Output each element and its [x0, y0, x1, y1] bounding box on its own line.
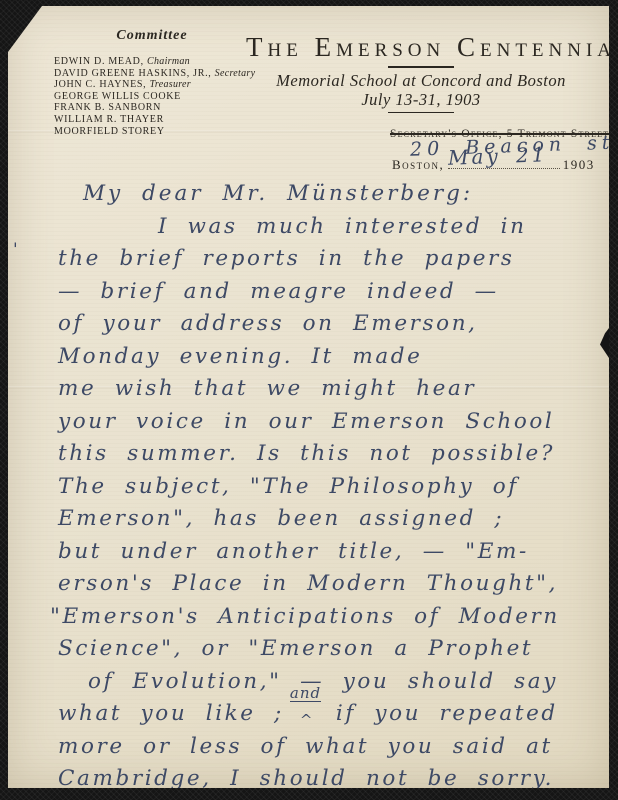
committee-title: Committee: [72, 28, 232, 44]
handwritten-line: Emerson", has been assigned ;: [58, 503, 601, 536]
handwritten-line: the brief reports in the papers: [58, 243, 601, 276]
handwritten-line: this summer. Is this not possible?: [58, 438, 601, 471]
dateline: Boston, May 21 1903: [392, 155, 595, 173]
stray-ink-mark: ': [13, 240, 18, 260]
masthead: The Emerson Centennial Memorial School a…: [246, 32, 596, 116]
handwritten-line: of your address on Emerson,: [58, 308, 601, 341]
committee-member: GEORGE WILLIS COOKE: [54, 91, 254, 103]
handwritten-line: I was much interested in: [58, 211, 601, 244]
line-segment: if you repeated: [336, 701, 558, 726]
committee-block: Committee EDWIN D. MEAD, Chairman DAVID …: [54, 28, 254, 137]
handwritten-line: but under another title, — "Em-: [58, 536, 601, 569]
handwritten-date: May 21: [447, 142, 547, 169]
handwritten-line: The subject, "The Philosophy of: [58, 471, 601, 504]
handwritten-line: more or less of what you said at: [58, 731, 601, 764]
dateline-year: 1903: [563, 157, 595, 172]
handwritten-line: erson's Place in Modern Thought",: [58, 568, 601, 601]
committee-list: EDWIN D. MEAD, Chairman DAVID GREENE HAS…: [54, 56, 254, 137]
paper-tear-notch: [600, 328, 609, 358]
inserted-word: and: [290, 686, 321, 702]
committee-member: EDWIN D. MEAD, Chairman: [54, 56, 254, 68]
dateline-city: Boston,: [392, 157, 444, 172]
insertion-mark: ^and: [284, 710, 336, 720]
divider-rule: [388, 66, 454, 68]
handwritten-line: your voice in our Emerson School: [58, 406, 601, 439]
masthead-subtitle: Memorial School at Concord and Boston: [246, 71, 596, 90]
committee-member: FRANK B. SANBORN: [54, 102, 254, 114]
photo-background: Committee EDWIN D. MEAD, Chairman DAVID …: [0, 0, 618, 800]
handwritten-line: Monday evening. It made: [58, 341, 601, 374]
committee-member: MOORFIELD STOREY: [54, 126, 254, 138]
caret-mark: ^: [300, 704, 315, 737]
handwritten-line: Cambridge, I should not be sorry.: [58, 763, 601, 796]
handwritten-line: of Evolution," — you should say: [58, 666, 601, 699]
divider-rule: [388, 112, 454, 114]
salutation: My dear Mr. Münsterberg:: [58, 178, 601, 211]
committee-member: DAVID GREENE HASKINS, JR., Secretary: [54, 68, 254, 80]
line-segment: what you like ;: [58, 701, 284, 726]
handwritten-line-with-insertion: what you like ;^andif you repeated: [58, 698, 601, 731]
organization-title: The Emerson Centennial: [246, 32, 596, 63]
handwritten-line: — brief and meagre indeed —: [58, 276, 601, 309]
letter-body: My dear Mr. Münsterberg: I was much inte…: [58, 178, 601, 796]
handwritten-line: "Emerson's Anticipations of Modern: [50, 601, 601, 634]
letter-page: Committee EDWIN D. MEAD, Chairman DAVID …: [8, 6, 609, 788]
committee-member: JOHN C. HAYNES, Treasurer: [54, 79, 254, 91]
date-fill-line: May 21: [448, 155, 560, 169]
masthead-dates: July 13-31, 1903: [246, 90, 596, 109]
handwritten-line: Science", or "Emerson a Prophet: [58, 633, 601, 666]
committee-member: WILLIAM R. THAYER: [54, 114, 254, 126]
handwritten-line: me wish that we might hear: [58, 373, 601, 406]
